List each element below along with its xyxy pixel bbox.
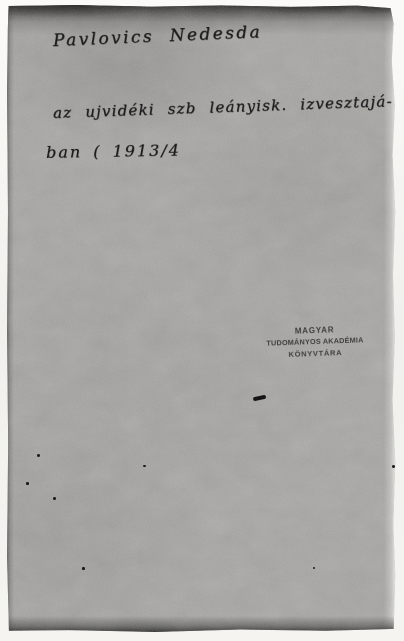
scan-background: Pavlovics Nedesda az ujvidéki szb leányi… — [0, 0, 404, 641]
ink-speck — [392, 465, 395, 468]
scanned-flyleaf-page: Pavlovics Nedesda az ujvidéki szb leányi… — [7, 5, 396, 632]
ink-speck — [53, 497, 56, 500]
ink-speck — [82, 567, 85, 570]
ink-smudge-mark — [253, 395, 266, 401]
handwritten-note-line-1: az ujvidéki szb leányisk. izvesztajá- — [53, 92, 393, 122]
library-stamp: MAGYAR TUDOMÁNYOS AKADÉMIA KÖNYVTÁRA — [256, 323, 373, 362]
handwritten-note-line-2: ban ( 1913/4 — [46, 141, 181, 162]
ink-speck — [143, 465, 146, 467]
ink-speck — [313, 567, 315, 569]
ink-speck — [37, 454, 40, 457]
handwritten-owner-name: Pavlovics Nedesda — [53, 22, 263, 51]
ink-speck — [26, 482, 29, 485]
